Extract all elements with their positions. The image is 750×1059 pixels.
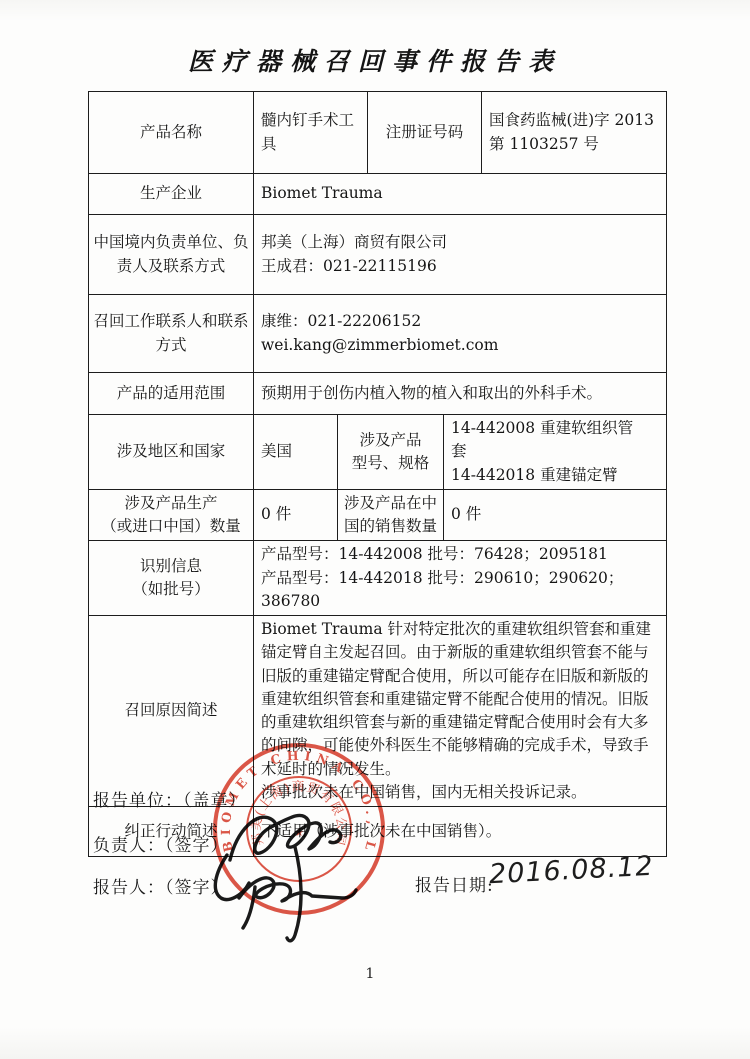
regions-label: 涉及地区和国家 xyxy=(89,415,254,490)
reporter-label: 报告人：（签字） xyxy=(93,873,229,898)
production-qty-label: 涉及产品生产 （或进口中国）数量 xyxy=(89,489,254,541)
models-label: 涉及产品 型号、规格 xyxy=(338,415,444,490)
report-unit-label: 报告单位：（盖章） xyxy=(93,786,247,811)
row-product-name: 产品名称 髓内钉手术工 具 注册证号码 国食药监械(进)字 2013 第 110… xyxy=(89,92,667,174)
manufacturer-label: 生产企业 xyxy=(89,174,254,215)
document-title: 医疗器械召回事件报告表 xyxy=(0,42,750,78)
china-agent-label: 中国境内负责单位、负 责人及联系方式 xyxy=(89,215,254,295)
row-china-agent: 中国境内负责单位、负 责人及联系方式 邦美（上海）商贸有限公司 王成君：021-… xyxy=(89,215,667,295)
product-name-value: 髓内钉手术工 具 xyxy=(254,92,368,174)
registration-number-value: 国食药监械(进)字 2013 第 1103257 号 xyxy=(482,92,667,174)
intended-use-label: 产品的适用范围 xyxy=(89,373,254,415)
row-intended-use: 产品的适用范围 预期用于创伤内植入物的植入和取出的外科手术。 xyxy=(89,373,667,415)
page-number: 1 xyxy=(340,966,400,982)
responsible-signature-stroke xyxy=(230,815,341,860)
row-recall-contact: 召回工作联系人和联系 方式 康维：021-22206152 wei.kang@z… xyxy=(89,295,667,373)
registration-number-label: 注册证号码 xyxy=(368,92,482,174)
recall-contact-value: 康维：021-22206152 wei.kang@zimmerbiomet.co… xyxy=(254,295,667,373)
row-quantities: 涉及产品生产 （或进口中国）数量 0 件 涉及产品在中 国的销售数量 0 件 xyxy=(89,489,667,541)
row-identification: 识别信息 （如批号） 产品型号：14-442008 批号：76428；20951… xyxy=(89,541,667,616)
intended-use-value: 预期用于创伤内植入物的植入和取出的外科手术。 xyxy=(254,373,667,415)
row-manufacturer: 生产企业 Biomet Trauma xyxy=(89,174,667,215)
china-agent-value: 邦美（上海）商贸有限公司 王成君：021-22115196 xyxy=(254,215,667,295)
china-sales-qty-value: 0 件 xyxy=(444,489,667,541)
responsible-person-label: 负责人：（签字） xyxy=(93,831,229,856)
regions-value: 美国 xyxy=(254,415,338,490)
row-regions-models: 涉及地区和国家 美国 涉及产品 型号、规格 14-442008 重建软组织管 套… xyxy=(89,415,667,490)
reporter-signature-stroke xyxy=(239,878,356,901)
china-sales-qty-label: 涉及产品在中 国的销售数量 xyxy=(338,489,444,541)
models-value: 14-442008 重建软组织管 套 14-442018 重建锚定臂 xyxy=(444,415,667,490)
identification-label: 识别信息 （如批号） xyxy=(89,541,254,616)
handwritten-signatures xyxy=(205,735,405,950)
production-qty-value: 0 件 xyxy=(254,489,338,541)
identification-value: 产品型号：14-442008 批号：76428；2095181 产品型号：14-… xyxy=(254,541,667,616)
report-date-label: 报告日期: xyxy=(415,871,494,896)
manufacturer-value: Biomet Trauma xyxy=(254,174,667,215)
report-form-page: 医疗器械召回事件报告表 产品名称 髓内钉手术工 具 注册证号码 国食药监械(进)… xyxy=(0,0,750,1059)
recall-contact-label: 召回工作联系人和联系 方式 xyxy=(89,295,254,373)
product-name-label: 产品名称 xyxy=(89,92,254,174)
